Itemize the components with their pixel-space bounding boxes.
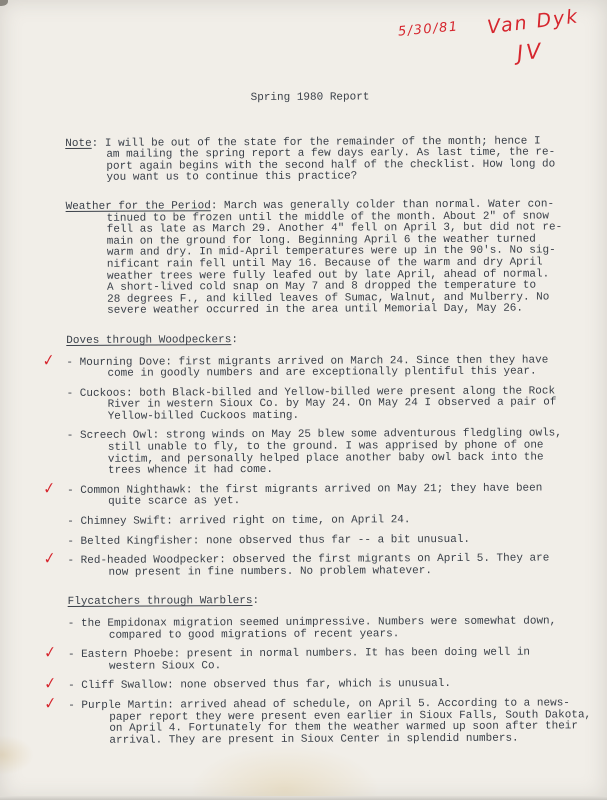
paper-stain bbox=[190, 745, 380, 800]
typewritten-report: Spring 1980 Report Note: I will be out o… bbox=[65, 91, 580, 747]
item-line: compared to good migrations of recent ye… bbox=[68, 628, 580, 642]
bird-item-empidonax: - the Empidonax migration seemed unimpre… bbox=[68, 616, 580, 642]
bird-item-screech-owl: - Screech Owl: strong winds on May 25 bl… bbox=[67, 429, 579, 478]
item-line: - Belted Kingfisher: none observed thus … bbox=[67, 534, 579, 548]
weather-line: severe weather occurred in the area unti… bbox=[66, 304, 578, 318]
checkmark-icon: ✓ bbox=[44, 646, 57, 660]
checkmark-icon: ✓ bbox=[43, 482, 56, 496]
bird-item-cliff-swallow: ✓ - Cliff Swallow: none observed thus fa… bbox=[68, 679, 580, 693]
item-line: come in goodly numbers and are exception… bbox=[66, 366, 578, 380]
bird-item-red-headed-woodpecker: ✓ - Red-headed Woodpecker: observed the … bbox=[67, 554, 579, 580]
bird-item-common-nighthawk: ✓ - Common Nighthawk: the first migrants… bbox=[67, 483, 579, 509]
handwritten-name: Van Dyk bbox=[486, 5, 580, 38]
paper-stain-left bbox=[0, 735, 34, 775]
weather-label: Weather for the Period bbox=[66, 200, 211, 213]
checkmark-icon: ✓ bbox=[44, 697, 57, 711]
item-line: quite scarce as yet. bbox=[67, 495, 579, 509]
bird-item-chimney-swift: - Chimney Swift: arrived right on time, … bbox=[67, 514, 579, 528]
bird-item-cuckoos: - Cuckoos: both Black-billed and Yellow-… bbox=[67, 386, 579, 423]
item-line: arrival. They are present in Sioux Cente… bbox=[68, 733, 580, 747]
weather-paragraph: Weather for the Period: March was genera… bbox=[66, 199, 579, 318]
item-line: - Chimney Swift: arrived right on time, … bbox=[67, 514, 579, 528]
item-line: western Sioux Co. bbox=[68, 659, 580, 673]
note-label: Note bbox=[65, 137, 91, 149]
item-line: - Cliff Swallow: none observed thus far,… bbox=[68, 679, 580, 693]
handwritten-date: 5/30/81 bbox=[397, 19, 459, 39]
item-line: Yellow-billed Cuckoos mating. bbox=[67, 409, 579, 423]
note-paragraph: Note: I will be out of the state for the… bbox=[65, 136, 577, 185]
checkmark-icon: ✓ bbox=[44, 677, 57, 691]
checkmark-icon: ✓ bbox=[42, 353, 55, 367]
handwritten-initials: JV bbox=[516, 39, 545, 66]
section-heading-colon: : bbox=[252, 595, 259, 607]
section-heading-flycatchers: Flycatchers through Warblers: bbox=[68, 595, 580, 609]
report-title: Spring 1980 Report bbox=[43, 91, 577, 105]
scanned-document-page: 5/30/81 Van Dyk JV Spring 1980 Report No… bbox=[0, 0, 607, 800]
section-heading-label: Flycatchers through Warblers bbox=[68, 595, 253, 608]
page-bottom-edge bbox=[0, 796, 607, 800]
bird-item-mourning-dove: ✓ - Mourning Dove: first migrants arrive… bbox=[66, 355, 578, 381]
item-line: trees whence it had come. bbox=[67, 464, 579, 478]
bird-item-purple-martin: ✓ - Purple Martin: arrived ahead of sche… bbox=[68, 698, 580, 747]
note-label-colon: : bbox=[92, 137, 105, 149]
section-heading-label: Doves through Woodpeckers bbox=[66, 334, 231, 347]
scan-corner-artifact bbox=[0, 0, 8, 6]
bird-item-belted-kingfisher: - Belted Kingfisher: none observed thus … bbox=[67, 534, 579, 548]
weather-label-colon: : bbox=[211, 200, 224, 212]
section-heading-colon: : bbox=[231, 334, 238, 346]
checkmark-icon: ✓ bbox=[43, 552, 56, 566]
bird-item-eastern-phoebe: ✓ - Eastern Phoebe: present in normal nu… bbox=[68, 647, 580, 673]
item-line: now present in fine numbers. No problem … bbox=[67, 565, 579, 579]
section-heading-doves: Doves through Woodpeckers: bbox=[66, 333, 578, 347]
note-line: you want us to continue this practice? bbox=[65, 171, 577, 185]
